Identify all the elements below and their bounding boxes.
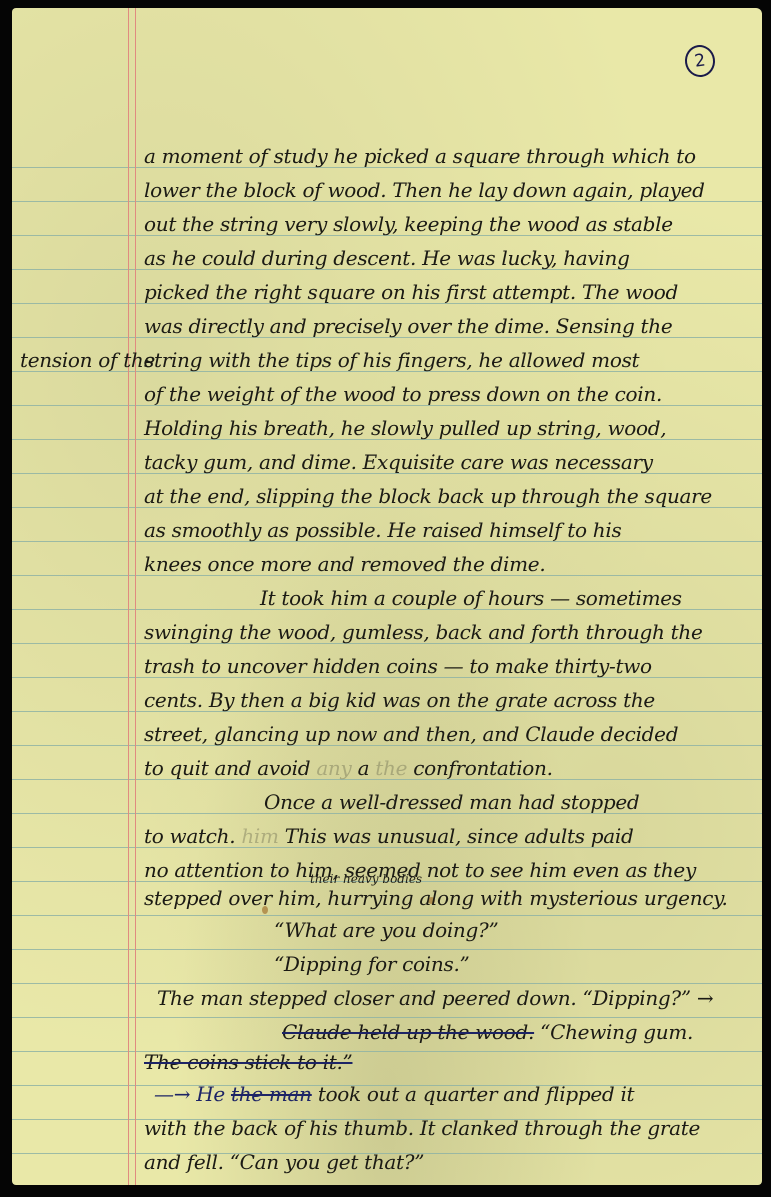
text-fragment: to quit and avoid [144, 756, 310, 780]
text-line: as he could during descent. He was lucky… [144, 246, 630, 270]
struck-text: Claude held up the wood. [282, 1020, 534, 1044]
ruled-line [12, 915, 762, 916]
text-fragment: took out a quarter and flipped it [318, 1082, 634, 1106]
text-line: swinging the wood, gumless, back and for… [144, 620, 703, 644]
insertion-text: their heavy bodies [310, 872, 422, 886]
text-line: street, glancing up now and then, and Cl… [144, 722, 678, 746]
text-line: at the end, slipping the block back up t… [144, 484, 712, 508]
text-fragment: This was unusual, since adults paid [285, 824, 634, 848]
text-line: trash to uncover hidden coins — to make … [144, 654, 652, 678]
struck-text: the man [231, 1082, 312, 1106]
text-line: to watch. him This was unusual, since ad… [144, 824, 633, 848]
legal-pad-page: 2 a moment of study he picked a square t… [12, 8, 762, 1185]
erased-word: him [241, 824, 278, 848]
text-line: to quit and avoid any a the confrontatio… [144, 756, 553, 780]
text-line: cents. By then a big kid was on the grat… [144, 688, 655, 712]
text-line: lower the block of wood. Then he lay dow… [144, 178, 705, 202]
text-line: of the weight of the wood to press down … [144, 382, 662, 406]
text-fragment: hurrying along with mysterious urgency. [327, 886, 727, 910]
text-fragment: confrontation. [413, 756, 552, 780]
text-line: with the back of his thumb. It clanked t… [144, 1116, 700, 1140]
margin-note: tension of the [20, 348, 155, 372]
ruled-line [12, 949, 762, 950]
text-line: Claude held up the wood. “Chewing gum. [282, 1020, 693, 1044]
text-line: was directly and precisely over the dime… [144, 314, 672, 338]
text-line: string with the tips of his fingers, he … [144, 348, 639, 372]
text-line: It took him a couple of hours — sometime… [260, 586, 682, 610]
ruled-line [12, 983, 762, 984]
ruled-line [12, 1017, 762, 1018]
text-line: picked the right square on his first att… [144, 280, 678, 304]
text-line: as smoothly as possible. He raised himse… [144, 518, 621, 542]
text-line: The man stepped closer and peered down. … [157, 986, 713, 1010]
struck-text: The coins stick to it.” [144, 1050, 352, 1074]
margin-line [128, 8, 129, 1185]
ruled-line [12, 1051, 762, 1052]
margin-line [135, 8, 136, 1185]
dialogue-line: “Dipping for coins.” [274, 952, 469, 976]
text-line: a moment of study he picked a square thr… [144, 144, 696, 168]
arrow-icon: —→ [154, 1082, 190, 1106]
text-fragment: He [196, 1082, 225, 1106]
text-line: Once a well-dressed man had stopped [264, 790, 639, 814]
text-line: stepped over him, hurrying along with my… [144, 886, 728, 910]
erased-word: any [316, 756, 351, 780]
dialogue-line: “What are you doing?” [274, 918, 498, 942]
text-line: out the string very slowly, keeping the … [144, 212, 673, 236]
text-fragment: a [358, 756, 370, 780]
text-line: and fell. “Can you get that?” [144, 1150, 424, 1174]
page-number: 2 [683, 43, 717, 79]
text-fragment: “Chewing gum. [540, 1020, 693, 1044]
text-line: The coins stick to it.” [144, 1050, 352, 1074]
text-line: Holding his breath, he slowly pulled up … [144, 416, 666, 440]
text-fragment: stepped over him, [144, 886, 321, 910]
text-line: —→ He the man took out a quarter and fli… [154, 1082, 634, 1106]
text-line: knees once more and removed the dime. [144, 552, 545, 576]
erased-word: the [375, 756, 407, 780]
text-line: tacky gum, and dime. Exquisite care was … [144, 450, 653, 474]
text-fragment: to watch. [144, 824, 235, 848]
